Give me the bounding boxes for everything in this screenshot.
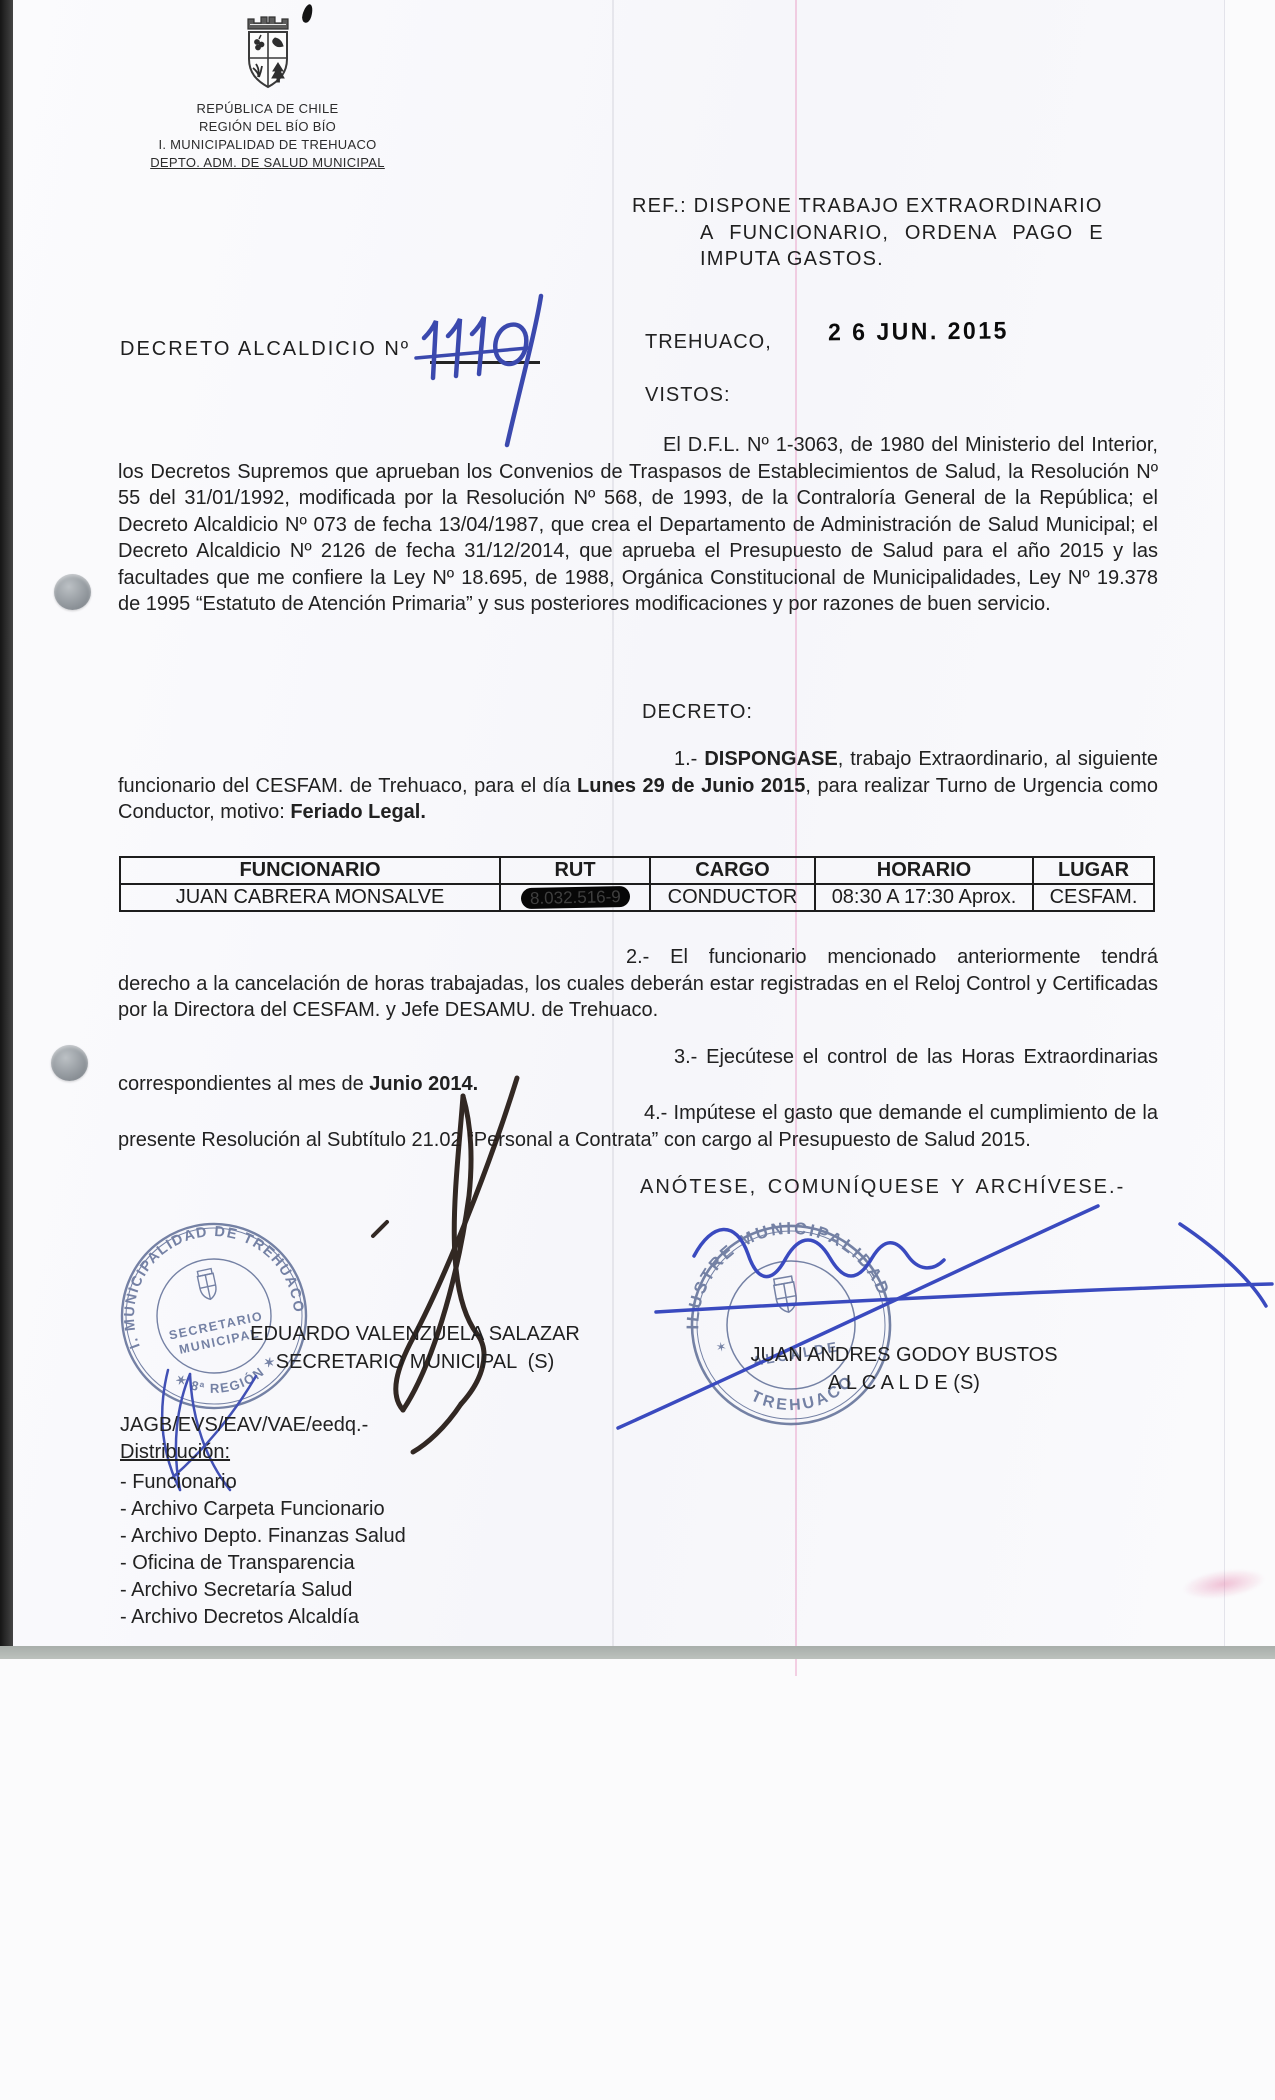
letterhead-municipality: I. MUNICIPALIDAD DE TREHUACO (150, 136, 385, 154)
table-row: JUAN CABRERA MONSALVE 8.032.516-9 CONDUC… (120, 884, 1154, 911)
cell-rut: 8.032.516-9 (500, 884, 650, 911)
header-funcionario: FUNCIONARIO (120, 857, 500, 884)
page-bottom-edge (0, 1646, 1275, 1659)
vistos-heading: VISTOS: (645, 384, 731, 407)
distribution-item: - Funcionario (120, 1469, 406, 1496)
table-header-row: FUNCIONARIO RUT CARGO HORARIO LUGAR (120, 857, 1154, 884)
ref-line-2: A FUNCIONARIO, ORDENA PAGO E (632, 220, 1148, 247)
distribution-list: - Funcionario - Archivo Carpeta Funciona… (120, 1469, 406, 1631)
cell-horario: 08:30 A 17:30 Aprox. (815, 884, 1033, 911)
p1-bold-date: Lunes 29 de Junio 2015 (577, 775, 805, 797)
city-line: TREHUACO, (645, 331, 772, 354)
distribution-heading: Distribución: (120, 1441, 230, 1464)
cell-funcionario: JUAN CABRERA MONSALVE (120, 884, 500, 911)
letterhead: REPÚBLICA DE CHILE REGIÓN DEL BÍO BÍO I.… (150, 12, 385, 172)
mayor-signature-icon (598, 1190, 1275, 1440)
letterhead-department: DEPTO. ADM. DE SALUD MUNICIPAL (150, 154, 385, 172)
mayor-title: A L C A L D E (S) (698, 1372, 1110, 1395)
date-stamp: 2 6 JUN. 2015 (828, 316, 1009, 346)
resolution-paragraph-2: 2.- El funcionario mencionado anteriorme… (118, 944, 1158, 1024)
distribution-item: - Archivo Decretos Alcaldía (120, 1604, 406, 1631)
distribution-item: - Archivo Secretaría Salud (120, 1577, 406, 1604)
decree-number-label: DECRETO ALCALDICIO Nº (120, 338, 410, 361)
secretary-name: EDUARDO VALENZUELA SALAZAR (230, 1323, 600, 1346)
secretary-signature-icon (285, 1038, 585, 1458)
ref-line-1: REF.: DISPONE TRABAJO EXTRAORDINARIO (632, 193, 1148, 220)
decreto-heading: DECRETO: (642, 701, 753, 724)
p1-number: 1.- (674, 748, 704, 770)
distribution-item: - Archivo Carpeta Funcionario (120, 1496, 406, 1523)
letterhead-country: REPÚBLICA DE CHILE (150, 100, 385, 118)
header-cargo: CARGO (650, 857, 815, 884)
vistos-paragraph: El D.F.L. Nº 1-3063, de 1980 del Ministe… (118, 432, 1158, 618)
resolution-paragraph-1: 1.- DISPONGASE, trabajo Extraordinario, … (118, 746, 1158, 826)
cell-lugar: CESFAM. (1033, 884, 1154, 911)
letterhead-region: REGIÓN DEL BÍO BÍO (150, 118, 385, 136)
p1-bold-motivo: Feriado Legal. (290, 801, 426, 823)
hole-punch-top (54, 574, 91, 610)
resolution-paragraph-4: 4.- Impútese el gasto que demande el cum… (118, 1100, 1158, 1153)
hole-punch-bottom (51, 1045, 88, 1081)
rut-redaction: 8.032.516-9 (520, 886, 629, 909)
mayor-name: JUAN ANDRES GODOY BUSTOS (698, 1344, 1110, 1367)
distribution-item: - Archivo Depto. Finanzas Salud (120, 1523, 406, 1550)
ref-line-3: IMPUTA GASTOS. (632, 246, 1148, 273)
resolution-paragraph-3: 3.- Ejecútese el control de las Horas Ex… (118, 1044, 1158, 1097)
header-horario: HORARIO (815, 857, 1033, 884)
scan-left-edge (0, 0, 13, 1656)
distribution-item: - Oficina de Transparencia (120, 1550, 406, 1577)
initials-line: JAGB/EVS/EAV/VAE/eedq.- (120, 1414, 368, 1437)
staff-table: FUNCIONARIO RUT CARGO HORARIO LUGAR JUAN… (119, 856, 1155, 912)
p3-text: 3.- Ejecútese el control de las Horas Ex… (118, 1046, 1158, 1095)
scanned-document: REPÚBLICA DE CHILE REGIÓN DEL BÍO BÍO I.… (0, 0, 1275, 2100)
ref-block: REF.: DISPONE TRABAJO EXTRAORDINARIO A F… (632, 193, 1148, 273)
p1-bold-dispongase: DISPONGASE (704, 748, 837, 770)
header-rut: RUT (500, 857, 650, 884)
secretary-title: SECRETARIO MUNICIPAL (S) (230, 1351, 600, 1374)
header-lugar: LUGAR (1033, 857, 1154, 884)
cell-cargo: CONDUCTOR (650, 884, 815, 911)
coat-of-arms-icon (236, 12, 300, 96)
